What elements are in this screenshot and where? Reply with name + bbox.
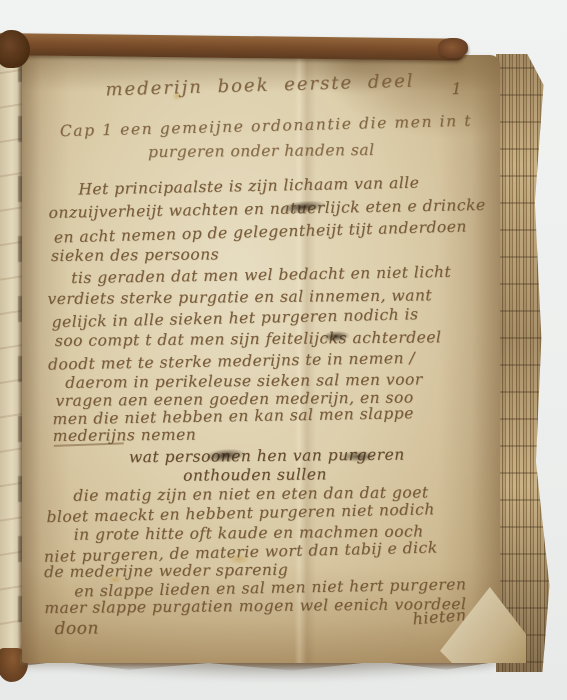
manuscript-line: doon — [55, 621, 99, 638]
manuscript-line: tis geraden dat men wel bedacht en niet … — [71, 265, 451, 287]
manuscript-line: onthouden sullen — [183, 467, 327, 484]
page-title: mederijn boek eerste deel — [105, 73, 415, 100]
manuscript-line: en acht nemen op de gelegentheijt tijt a… — [54, 219, 467, 246]
page-number: 1 — [451, 81, 462, 97]
manuscript-line: maer slappe purgatien mogen wel eenich v… — [44, 597, 466, 617]
ink-blot — [340, 451, 376, 462]
manuscript-line: doodt met te sterke mederijns te in neme… — [48, 351, 415, 373]
handwritten-text-layer: mederijn boek eerste deel 1 Cap 1 een ge… — [19, 53, 503, 666]
manuscript-line: men die niet hebben en kan sal men slapp… — [52, 406, 413, 427]
manuscript-line: Cap 1 een gemeijne ordonantie die men in… — [60, 114, 473, 140]
manuscript-page: mederijn boek eerste deel 1 Cap 1 een ge… — [22, 55, 500, 663]
manuscript-line: Het principaalste is zijn lichaam van al… — [78, 176, 419, 198]
page-block-fore-edge — [496, 54, 550, 672]
manuscript-line: purgeren onder handen sal — [148, 143, 375, 161]
manuscript-line: hieten — [412, 607, 467, 627]
leather-cover-corner — [0, 30, 30, 68]
manuscript-line: gelijck in alle sieken het purgeren nodi… — [51, 307, 418, 331]
manuscript-line: soo compt t dat men sijn feitelijcks ach… — [55, 330, 442, 349]
manuscript-line: de mederijne weder sparenig — [44, 563, 288, 581]
manuscript-line: mederijns nemen — [53, 428, 197, 445]
photo-background: mederijn boek eerste deel 1 Cap 1 een ge… — [0, 0, 567, 700]
manuscript-line: verdiets sterke purgatie en sal innemen,… — [47, 288, 432, 307]
manuscript-line: sieken des persoons — [51, 247, 219, 264]
leather-cover-end-cap — [438, 38, 468, 58]
